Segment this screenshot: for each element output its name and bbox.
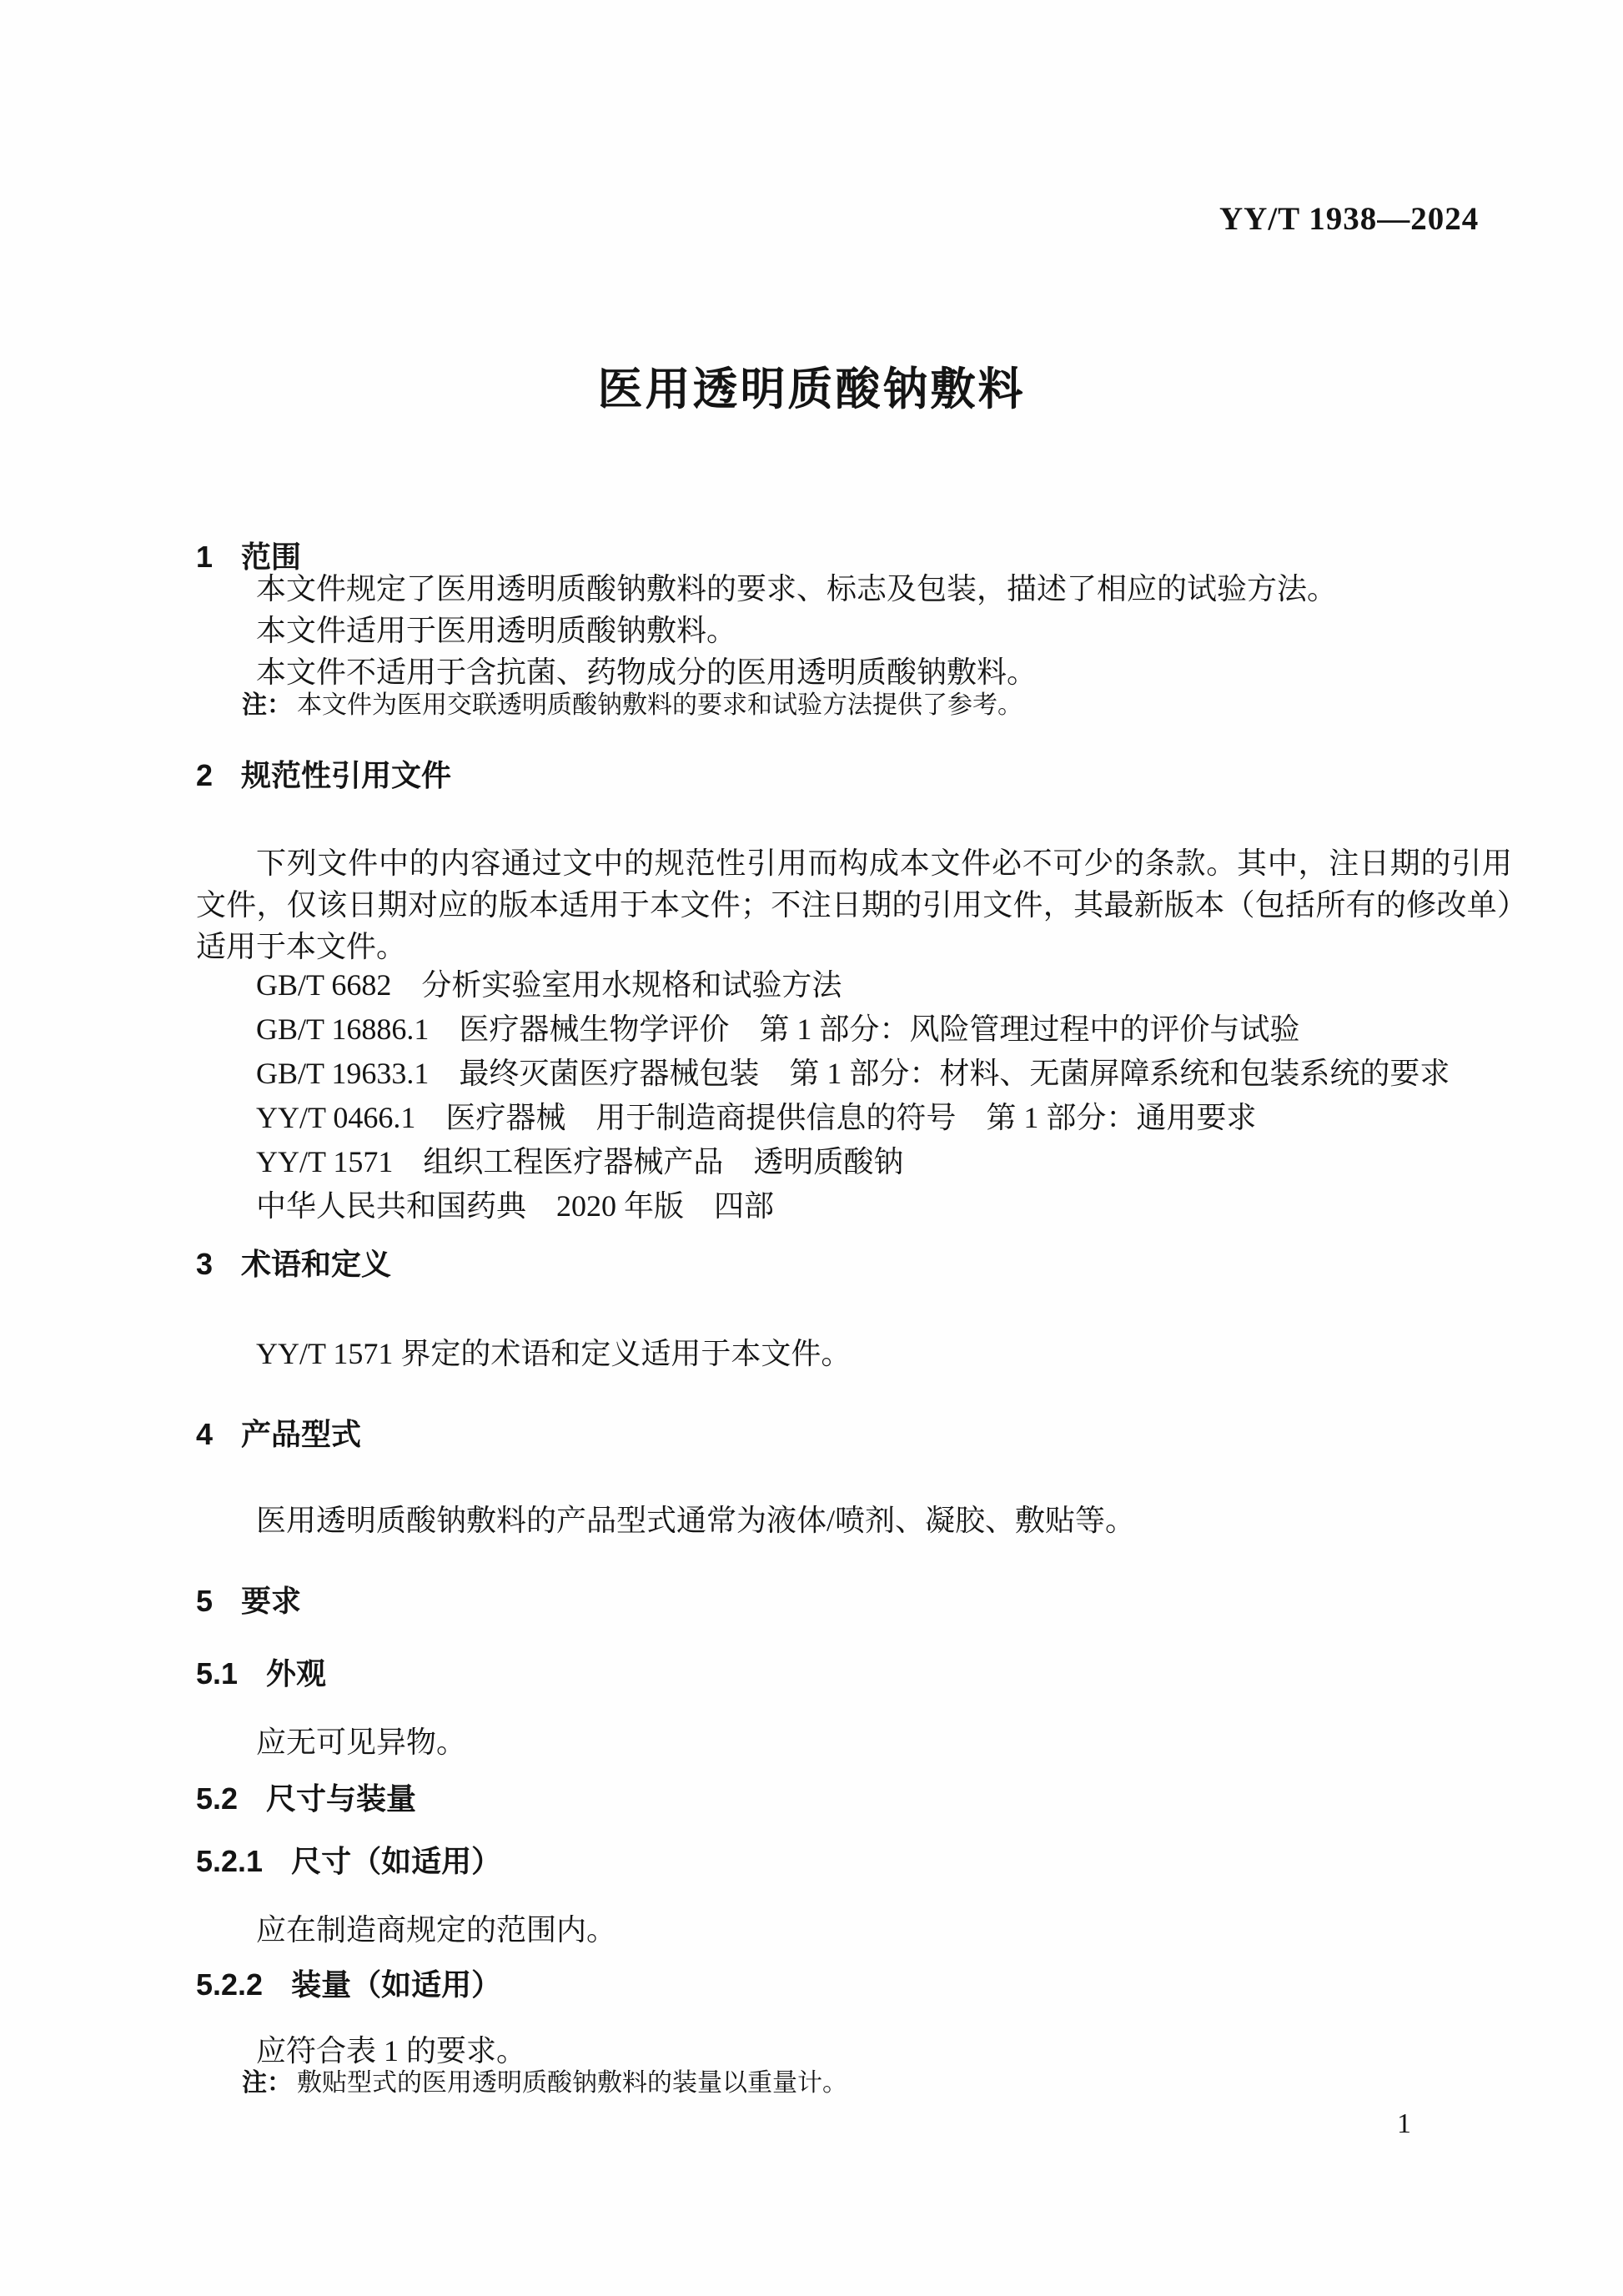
section-number: 5.2 (196, 1784, 238, 1814)
section-heading-terms: 3术语和定义 (196, 1249, 391, 1279)
scope-paragraph: 本文件规定了医用透明质酸钠敷料的要求、标志及包装，描述了相应的试验方法。 (196, 568, 1512, 610)
standard-document-page: YY/T 1938—2024 医用透明质酸钠敷料 1范围 本文件规定了医用透明质… (0, 0, 1623, 2296)
reference-item: GB/T 16886.1 医疗器械生物学评价 第 1 部分：风险管理过程中的评价… (256, 1007, 1515, 1052)
size-paragraph: 应在制造商规定的范围内。 (196, 1909, 1512, 1951)
note-text: 敷贴型式的医用透明质酸钠敷料的装量以重量计。 (297, 2069, 847, 2097)
page-number: 1 (1397, 2110, 1411, 2138)
section-label: 外观 (266, 1656, 326, 1691)
note-label: 注： (242, 691, 292, 719)
section-heading-appearance: 5.1外观 (196, 1659, 326, 1689)
appearance-paragraph: 应无可见异物。 (196, 1721, 1512, 1763)
reference-item: GB/T 19633.1 最终灭菌医疗器械包装 第 1 部分：材料、无菌屏障系统… (256, 1052, 1515, 1096)
reference-item: GB/T 6682 分析实验室用水规格和试验方法 (256, 963, 1515, 1007)
section-number: 5.2.1 (196, 1846, 263, 1876)
note-text: 本文件为医用交联透明质酸钠敷料的要求和试验方法提供了参考。 (297, 691, 1023, 719)
note-label: 注： (242, 2069, 292, 2097)
section-number: 4 (196, 1419, 213, 1449)
section-number: 5 (196, 1586, 213, 1616)
section-label: 尺寸与装量 (266, 1781, 416, 1816)
section-heading-fill-quantity: 5.2.2装量（如适用） (196, 1970, 501, 2000)
section-number: 5.1 (196, 1659, 238, 1689)
normative-references-list: GB/T 6682 分析实验室用水规格和试验方法 GB/T 16886.1 医疗… (256, 963, 1515, 1228)
section-heading-size: 5.2.1尺寸（如适用） (196, 1846, 501, 1876)
section-number: 3 (196, 1249, 213, 1279)
section-label: 要求 (241, 1584, 301, 1618)
fill-quantity-note: 注：敷贴型式的医用透明质酸钠敷料的装量以重量计。 (242, 2071, 1518, 2096)
normative-references-intro: 下列文件中的内容通过文中的规范性引用而构成本文件必不可少的条款。其中，注日期的引… (196, 842, 1512, 967)
document-title: 医用透明质酸钠敷料 (0, 354, 1623, 418)
section-label: 尺寸（如适用） (291, 1844, 501, 1878)
scope-paragraph: 本文件不适用于含抗菌、药物成分的医用透明质酸钠敷料。 (196, 651, 1512, 693)
reference-item: YY/T 1571 组织工程医疗器械产品 透明质酸钠 (256, 1140, 1515, 1184)
section-label: 产品型式 (241, 1417, 361, 1451)
section-label: 术语和定义 (241, 1247, 391, 1281)
section-heading-normative-references: 2规范性引用文件 (196, 761, 451, 791)
section-heading-requirements: 5要求 (196, 1586, 301, 1616)
standard-code: YY/T 1938—2024 (1219, 200, 1479, 238)
terms-paragraph: YY/T 1571 界定的术语和定义适用于本文件。 (196, 1333, 1512, 1374)
section-heading-size-and-fill: 5.2尺寸与装量 (196, 1784, 416, 1814)
reference-item: YY/T 0466.1 医疗器械 用于制造商提供信息的符号 第 1 部分：通用要… (256, 1096, 1515, 1140)
fill-quantity-paragraph: 应符合表 1 的要求。 (196, 2030, 1512, 2072)
scope-paragraph: 本文件适用于医用透明质酸钠敷料。 (196, 610, 1512, 651)
reference-item: 中华人民共和国药典 2020 年版 四部 (256, 1184, 1515, 1228)
scope-note: 注：本文件为医用交联透明质酸钠敷料的要求和试验方法提供了参考。 (242, 693, 1518, 718)
section-label: 装量（如适用） (291, 1967, 501, 2002)
section-number: 2 (196, 761, 213, 791)
section-number: 5.2.2 (196, 1970, 263, 2000)
section-label: 规范性引用文件 (241, 758, 451, 792)
section-heading-product-types: 4产品型式 (196, 1419, 361, 1449)
product-types-paragraph: 医用透明质酸钠敷料的产品型式通常为液体/喷剂、凝胶、敷贴等。 (196, 1500, 1512, 1541)
